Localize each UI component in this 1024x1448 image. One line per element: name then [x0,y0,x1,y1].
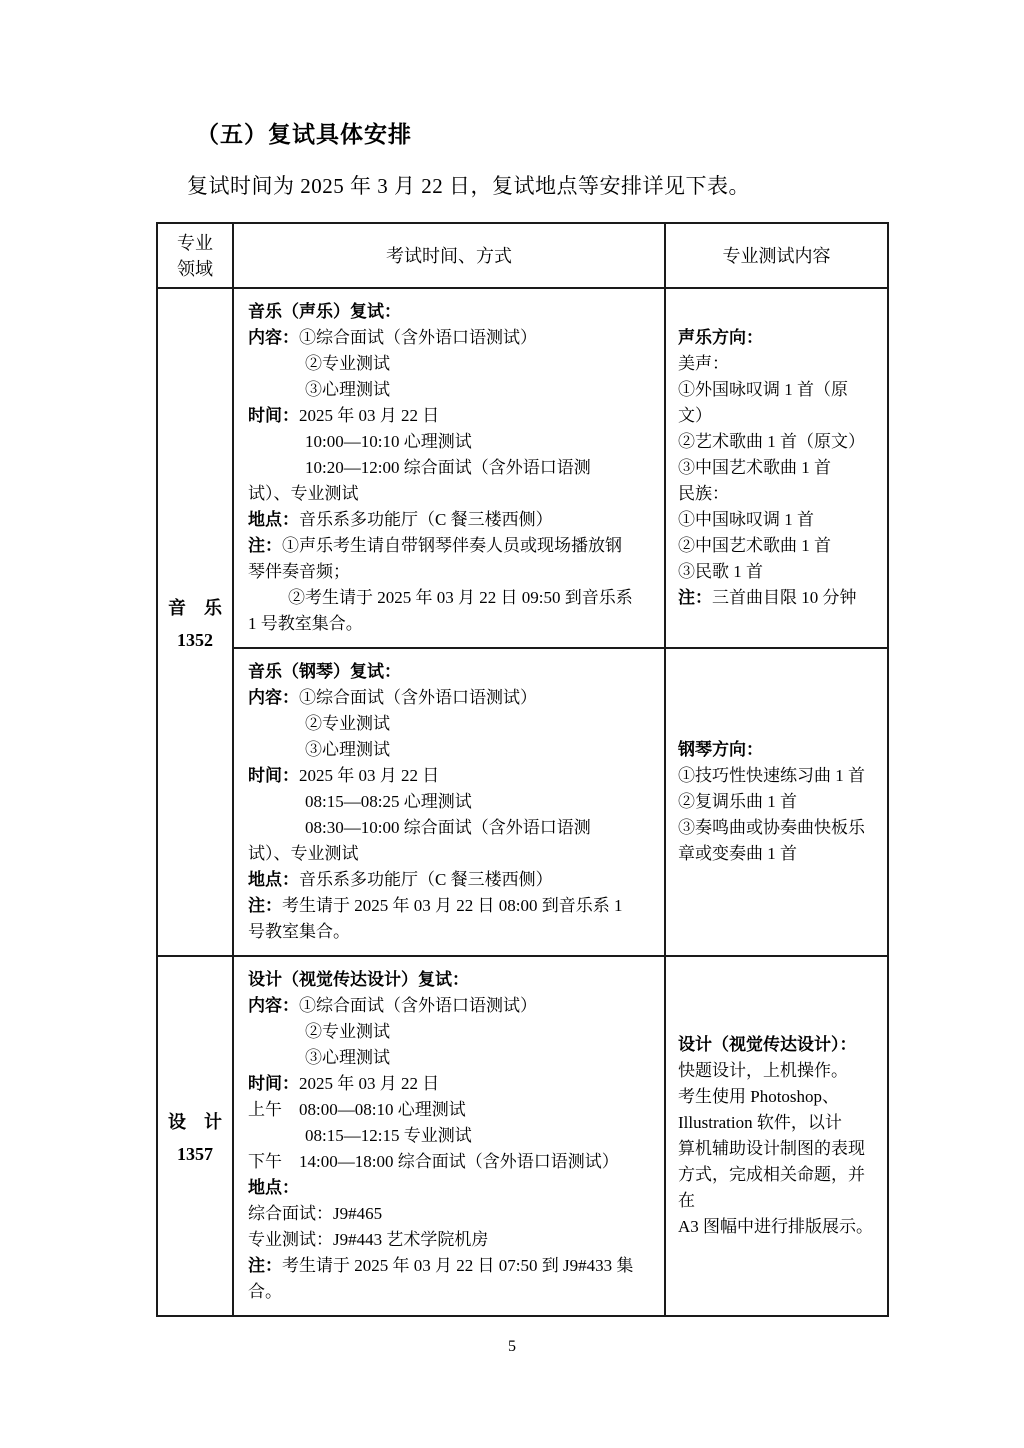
text-line: 内容：①综合面试（含外语口语测试） [248,685,652,711]
text-line: 地点： [248,1175,652,1201]
exam-cell: 音乐（声乐）复试：内容：①综合面试（含外语口语测试）②专业测试③心理测试时间：2… [233,288,665,648]
text-line: 时间：2025 年 03 月 22 日 [248,763,652,789]
exam-cell: 设计（视觉传达设计）复试：内容：①综合面试（含外语口语测试）②专业测试③心理测试… [233,956,665,1316]
header-cell: 专业测试内容 [665,223,888,288]
text-line: 快题设计，上机操作。 [678,1058,879,1084]
field-code: 1357 [160,1144,230,1165]
text-line: 钢琴方向： [678,737,879,763]
text-line: 注：①声乐考生请自带钢琴伴奏人员或现场播放钢 [248,533,652,559]
table-row: 设 计1357设计（视觉传达设计）复试：内容：①综合面试（含外语口语测试）②专业… [157,956,888,1316]
text-line: 地点：音乐系多功能厅（C 餐三楼西侧） [248,507,652,533]
text-line: ②中国艺术歌曲 1 首 [678,533,879,559]
text-line: 考生使用 Photoshop、 [678,1084,879,1110]
text-line: 音乐（声乐）复试： [248,299,652,325]
text-line: 08:15—12:15 专业测试 [248,1123,652,1149]
text-line: ③中国艺术歌曲 1 首 [678,455,879,481]
text-line: ②专业测试 [248,351,652,377]
text-line: ③奏鸣曲或协奏曲快板乐 [678,815,879,841]
page-number: 5 [0,1338,1024,1356]
text-line: ②艺术歌曲 1 首（原文） [678,429,879,455]
text-line: ②复调乐曲 1 首 [678,789,879,815]
text-line: 合。 [248,1279,652,1305]
text-line: 琴伴奏音频； [248,559,652,585]
text-line: ③心理测试 [248,1045,652,1071]
text-line: 设计（视觉传达设计）复试： [248,967,652,993]
content-cell: 设计（视觉传达设计）：快题设计，上机操作。考生使用 Photoshop、Illu… [665,956,888,1316]
text-line: 注：三首曲目限 10 分钟 [678,585,879,611]
text-line: Illustration 软件，以计 [678,1110,879,1136]
text-line: 算机辅助设计制图的表现 [678,1136,879,1162]
text-line: ②考生请于 2025 年 03 月 22 日 09:50 到音乐系 [248,585,652,611]
text-line: 内容：①综合面试（含外语口语测试） [248,325,652,351]
table-row: 音 乐1352音乐（声乐）复试：内容：①综合面试（含外语口语测试）②专业测试③心… [157,288,888,648]
field-code: 1352 [160,630,230,651]
text-line: 综合面试：J9#465 [248,1201,652,1227]
text-line: 号教室集合。 [248,919,652,945]
text-line: 注：考生请于 2025 年 03 月 22 日 08:00 到音乐系 1 [248,893,652,919]
text-line: A3 图幅中进行排版展示。 [678,1214,879,1240]
text-line: 试）、专业测试 [248,481,652,507]
header-cell: 考试时间、方式 [233,223,665,288]
text-line: 下午 14:00—18:00 综合面试（含外语口语测试） [248,1149,652,1175]
text-line: 美声： [678,351,879,377]
exam-cell: 音乐（钢琴）复试：内容：①综合面试（含外语口语测试）②专业测试③心理测试时间：2… [233,648,665,956]
text-line: 08:15—08:25 心理测试 [248,789,652,815]
text-line: 声乐方向： [678,325,879,351]
content-cell: 钢琴方向：①技巧性快速练习曲 1 首②复调乐曲 1 首③奏鸣曲或协奏曲快板乐章或… [665,648,888,956]
text-line: ③民歌 1 首 [678,559,879,585]
text-line: 设计（视觉传达设计）： [678,1032,879,1058]
text-line: 注：考生请于 2025 年 03 月 22 日 07:50 到 J9#433 集 [248,1253,652,1279]
text-line: 1 号教室集合。 [248,611,652,637]
text-line: ②专业测试 [248,1019,652,1045]
table-header-row: 专业 领域考试时间、方式专业测试内容 [157,223,888,288]
page-content: （五）复试具体安排 复试时间为 2025 年 3 月 22 日，复试地点等安排详… [156,116,887,1317]
text-line: ③心理测试 [248,737,652,763]
text-line: 专业测试：J9#443 艺术学院机房 [248,1227,652,1253]
text-line: 10:00—10:10 心理测试 [248,429,652,455]
text-line: 章或变奏曲 1 首 [678,841,879,867]
text-line: ①技巧性快速练习曲 1 首 [678,763,879,789]
text-line: 试）、专业测试 [248,841,652,867]
text-line: 音乐（钢琴）复试： [248,659,652,685]
field-name: 音 乐 [160,594,230,620]
field-cell: 设 计1357 [157,956,233,1316]
text-line: 文） [678,403,879,429]
header-cell: 专业 领域 [157,223,233,288]
text-line: 地点：音乐系多功能厅（C 餐三楼西侧） [248,867,652,893]
field-name: 设 计 [160,1108,230,1134]
text-line: ②专业测试 [248,711,652,737]
text-line: 时间：2025 年 03 月 22 日 [248,1071,652,1097]
section-title: （五）复试具体安排 [196,116,887,149]
intro-paragraph: 复试时间为 2025 年 3 月 22 日，复试地点等安排详见下表。 [187,170,887,200]
text-line: 方式，完成相关命题，并在 [678,1162,879,1214]
field-cell: 音 乐1352 [157,288,233,956]
table-row: 音乐（钢琴）复试：内容：①综合面试（含外语口语测试）②专业测试③心理测试时间：2… [157,648,888,956]
text-line: 10:20—12:00 综合面试（含外语口语测 [248,455,652,481]
table-body: 音 乐1352音乐（声乐）复试：内容：①综合面试（含外语口语测试）②专业测试③心… [157,288,888,1316]
text-line: 时间：2025 年 03 月 22 日 [248,403,652,429]
text-line: ③心理测试 [248,377,652,403]
text-line: 上午 08:00—08:10 心理测试 [248,1097,652,1123]
text-line: 内容：①综合面试（含外语口语测试） [248,993,652,1019]
text-line: 民族： [678,481,879,507]
header-row: 专业 领域考试时间、方式专业测试内容 [157,223,888,288]
text-line: ①外国咏叹调 1 首（原 [678,377,879,403]
text-line: 08:30—10:00 综合面试（含外语口语测 [248,815,652,841]
schedule-table: 专业 领域考试时间、方式专业测试内容 音 乐1352音乐（声乐）复试：内容：①综… [156,222,889,1317]
text-line: ①中国咏叹调 1 首 [678,507,879,533]
content-cell: 声乐方向：美声：①外国咏叹调 1 首（原文）②艺术歌曲 1 首（原文）③中国艺术… [665,288,888,648]
document-page: （五）复试具体安排 复试时间为 2025 年 3 月 22 日，复试地点等安排详… [0,0,1024,1448]
